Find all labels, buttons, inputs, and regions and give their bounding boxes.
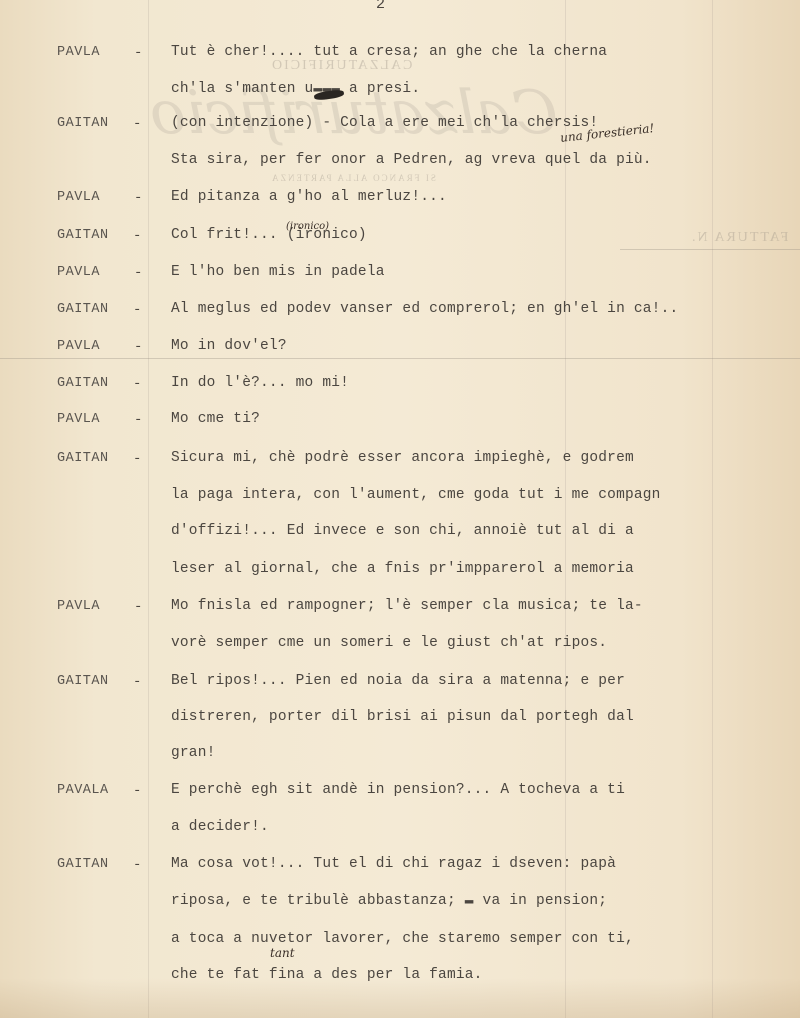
ruled-line <box>148 0 149 1018</box>
speaker-name: GAITAN <box>57 116 109 131</box>
speaker-name: PAVLA <box>57 265 100 280</box>
ruled-line <box>712 0 713 1018</box>
speaker-name: PAVLA <box>57 599 100 614</box>
speaker-dash: - <box>134 339 142 355</box>
speaker-name: GAITAN <box>57 857 109 872</box>
dialogue-line: Mo fnisla ed rampogner; l'è semper cla m… <box>171 598 643 614</box>
speaker-name: PAVLA <box>57 412 100 427</box>
speaker-dash: - <box>133 302 141 318</box>
dialogue-line: Sicura mi, chè podrè esser ancora impieg… <box>171 450 634 466</box>
ghost-stamp: CALZATURIFICIO <box>270 58 412 74</box>
dialogue-line: E perchè egh sit andè in pension?... A t… <box>171 782 625 798</box>
speaker-name: GAITAN <box>57 376 109 391</box>
dialogue-line: Ed pitanza a g'ho al merluz!... <box>171 189 447 205</box>
handwritten-annotation: (ironico) <box>286 221 329 232</box>
dialogue-line: la paga intera, con l'aument, cme goda t… <box>171 487 661 503</box>
speaker-name: PAVLA <box>57 190 100 205</box>
handwritten-annotation: tant <box>270 946 295 960</box>
speaker-dash: - <box>133 451 141 467</box>
dialogue-line: vorè semper cme un someri e le giust ch'… <box>171 635 607 651</box>
typewritten-page: Calzaturificio CALZATURIFICIO FATTURA N.… <box>0 0 800 1018</box>
speaker-dash: - <box>133 376 141 392</box>
speaker-dash: - <box>133 857 141 873</box>
speaker-name: GAITAN <box>57 302 109 317</box>
dialogue-line: E l'ho ben mis in padela <box>171 264 385 280</box>
dialogue-line: Ma cosa vot!... Tut el di chi ragaz i ds… <box>171 856 616 872</box>
dialogue-line: Col frit!... (ironico) <box>171 227 367 243</box>
page-number: 2 <box>376 0 385 13</box>
speaker-name: PAVLA <box>57 339 100 354</box>
dialogue-line: Sta sira, per fer onor a Pedren, ag vrev… <box>171 152 652 168</box>
speaker-dash: - <box>133 674 141 690</box>
speaker-dash: - <box>134 265 142 281</box>
dialogue-line: gran! <box>171 745 216 761</box>
speaker-name: GAITAN <box>57 674 109 689</box>
speaker-name: GAITAN <box>57 228 109 243</box>
dialogue-line: distreren, porter dil brisi ai pisun dal… <box>171 709 634 725</box>
speaker-name: PAVALA <box>57 783 109 798</box>
dialogue-line: ch'la s'manten u▬▬▬ a presi. <box>171 81 420 97</box>
dialogue-line: d'offizi!... Ed invece e son chi, annoiè… <box>171 523 634 539</box>
speaker-dash: - <box>133 228 141 244</box>
dialogue-line: a decider!. <box>171 819 269 835</box>
dialogue-line: (con intenzione) - Cola a ere mei ch'la … <box>171 115 598 131</box>
speaker-dash: - <box>134 412 142 428</box>
speaker-dash: - <box>134 190 142 206</box>
dialogue-line: Mo cme ti? <box>171 411 260 427</box>
dialogue-line: Bel ripos!... Pien ed noia da sira a mat… <box>171 673 625 689</box>
ghost-stamp: SI FRANCO ALLA PARTENZA <box>270 173 436 183</box>
speaker-dash: - <box>134 45 142 61</box>
dialogue-line: leser al giornal, che a fnis pr'impparer… <box>171 561 634 577</box>
speaker-name: PAVLA <box>57 45 100 60</box>
dialogue-line: In do l'è?... mo mi! <box>171 375 349 391</box>
dialogue-line: Tut è cher!.... tut a cresa; an ghe che … <box>171 44 607 60</box>
ghost-stamp: FATTURA N. <box>690 230 788 246</box>
speaker-dash: - <box>134 599 142 615</box>
dialogue-line: che te fat fina a des per la famia. <box>171 967 483 983</box>
dialogue-line: Al meglus ed podev vanser ed comprerol; … <box>171 301 678 317</box>
fold-line <box>0 358 800 359</box>
speaker-dash: - <box>133 783 141 799</box>
speaker-name: GAITAN <box>57 451 109 466</box>
speaker-dash: - <box>133 116 141 132</box>
dialogue-line: riposa, e te tribulè abbastanza; ▬ va in… <box>171 893 607 909</box>
dialogue-line: a toca a nuvetor lavorer, che staremo se… <box>171 931 634 947</box>
fold-line <box>620 249 800 250</box>
dialogue-line: Mo in dov'el? <box>171 338 287 354</box>
